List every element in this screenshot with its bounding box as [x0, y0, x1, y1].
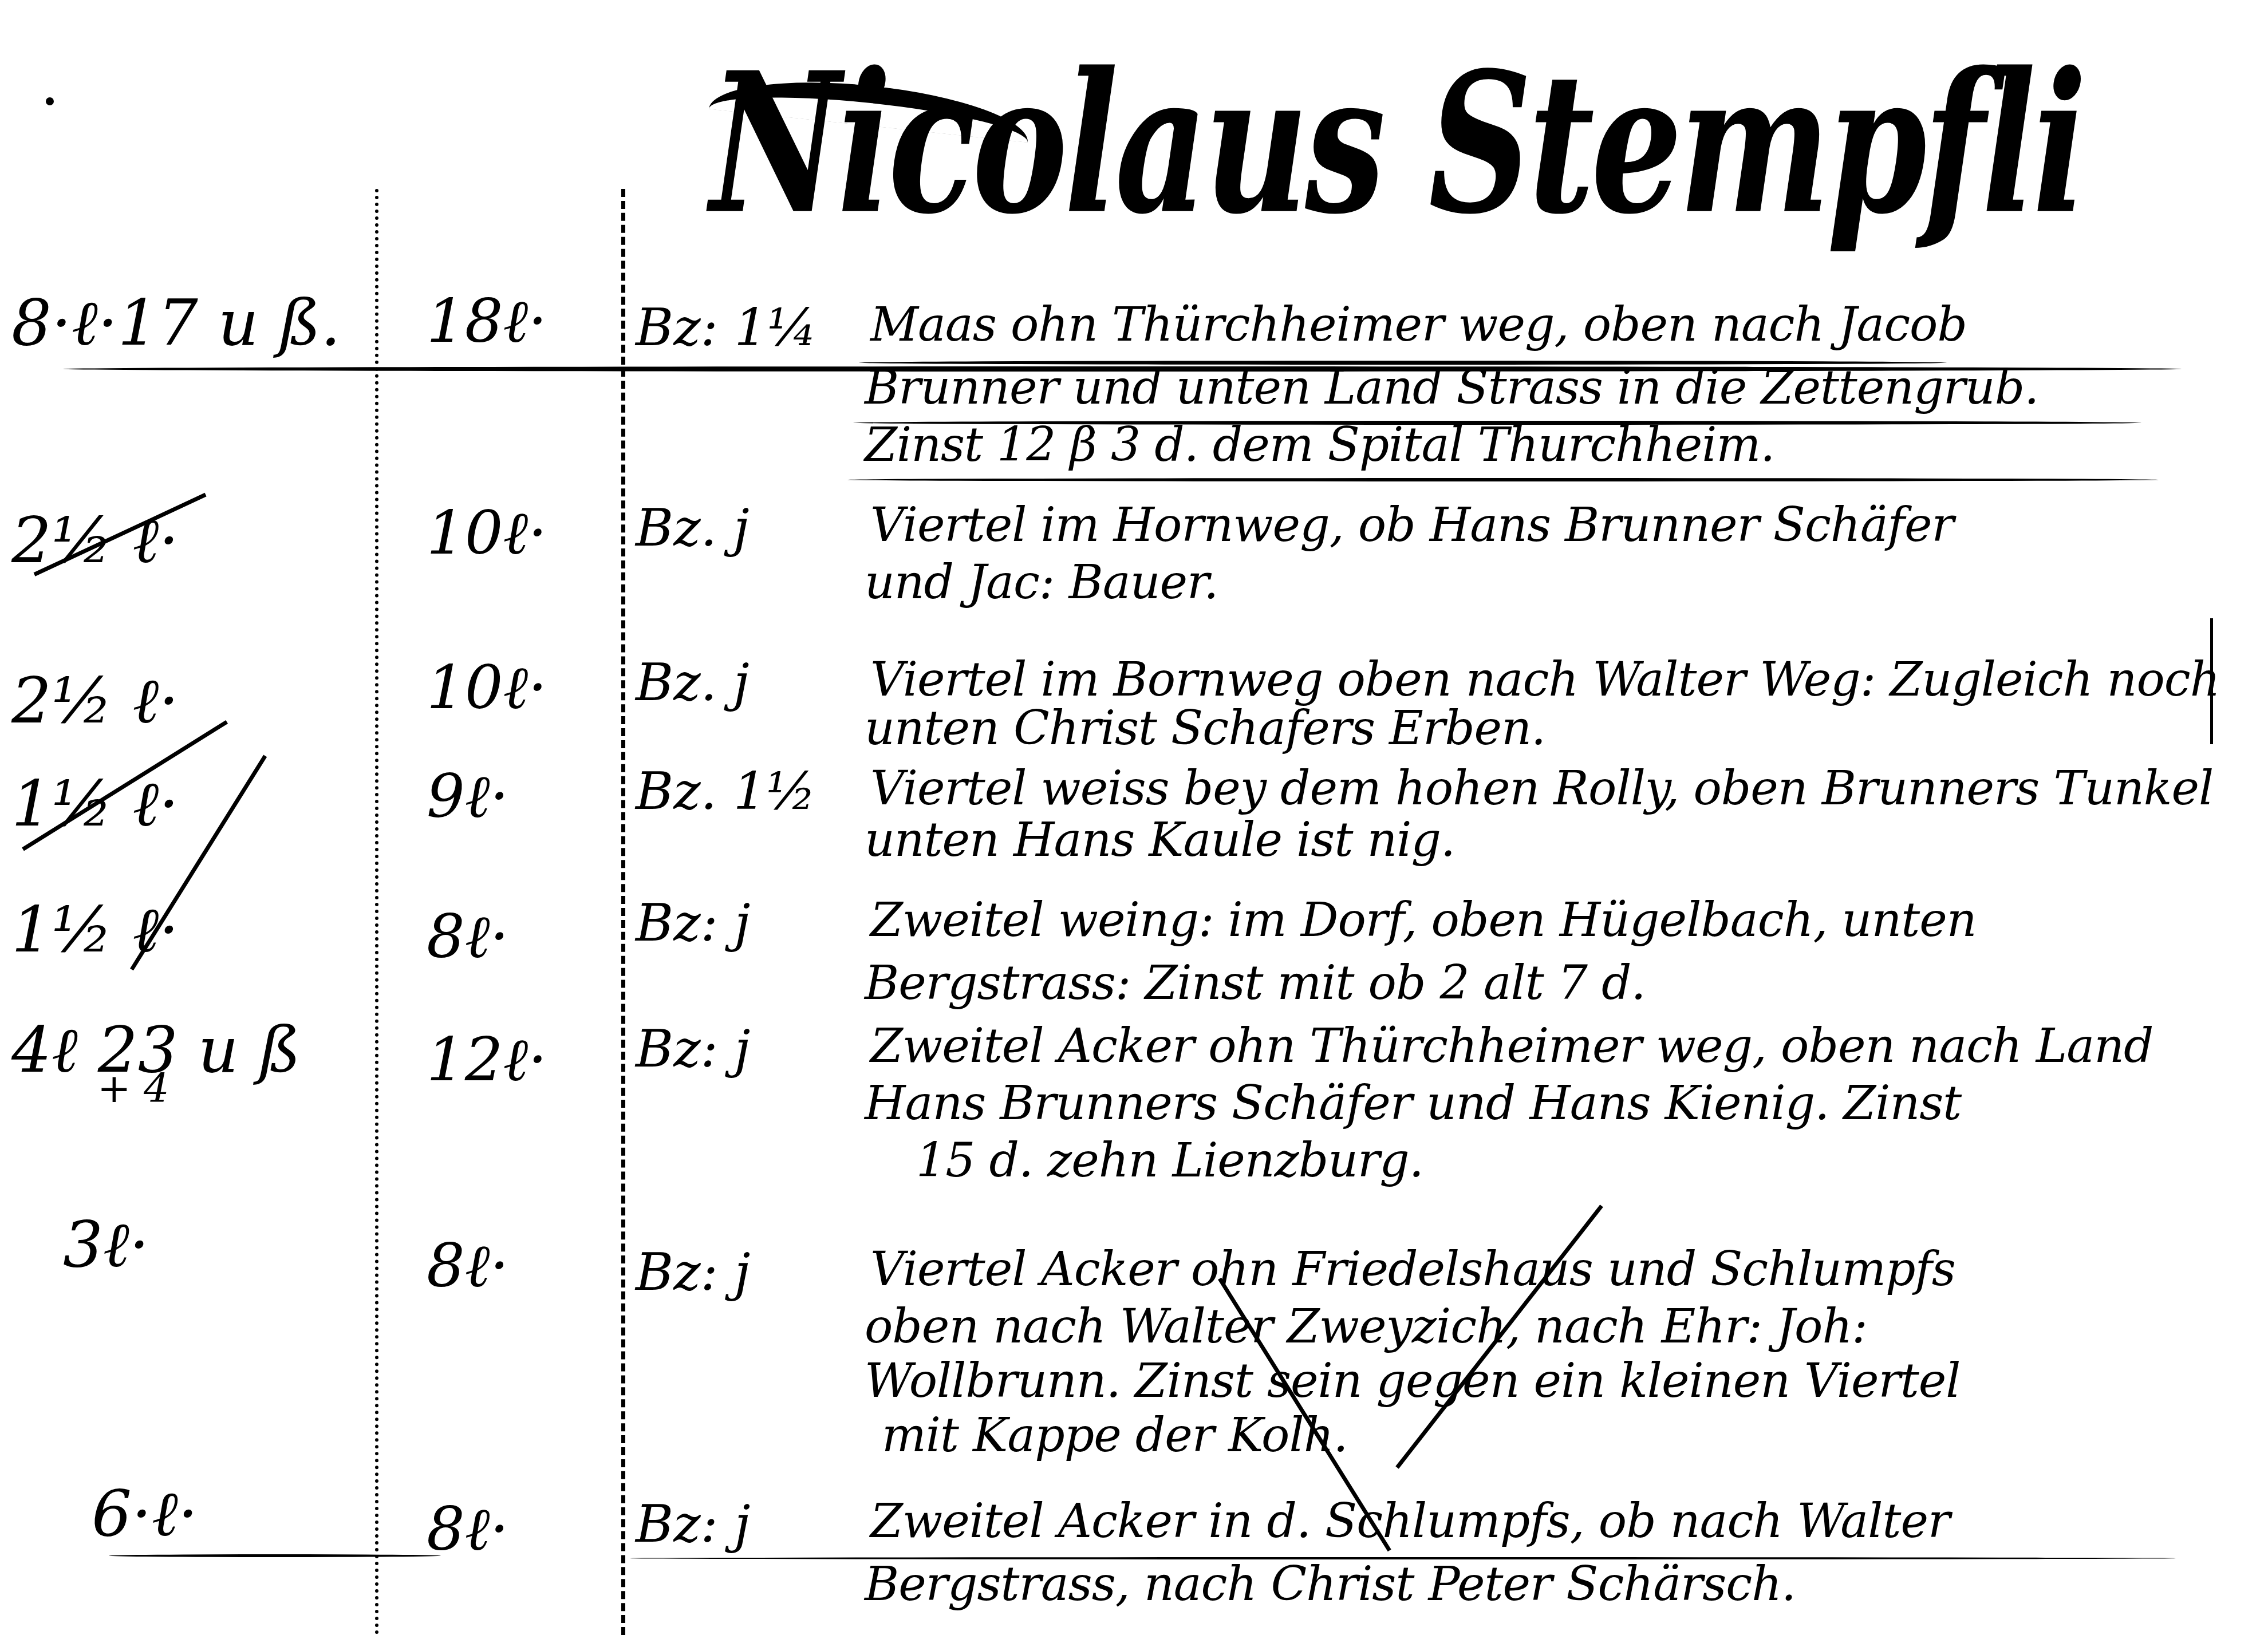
ledger-page: Nicolaus Stempfli 8·ℓ·17 u ß. 18ℓ· Bz: 1… [0, 0, 2268, 1635]
entry-price: 2½ ℓ· [11, 504, 179, 578]
entry-price-sub: + 4 [97, 1065, 169, 1112]
entry-value: 10ℓ· [427, 653, 547, 722]
entry-desc-line: Bergstrass: Zinst mit ob 2 alt 7 d. [865, 956, 1646, 1010]
entry-mark: Bz. 1½ [636, 761, 816, 822]
entry-desc-line: unten Christ Schafers Erben. [865, 701, 1545, 756]
entry-value: 8ℓ· [427, 1494, 509, 1564]
entry-desc-line: Zweitel Acker ohn Thürchheimer weg, oben… [870, 1019, 2153, 1073]
entry-mark: Bz: 1¼ [636, 298, 817, 358]
underline [630, 1557, 2176, 1559]
page-title: Nicolaus Stempfli [710, 0, 1855, 290]
entry-desc-line: Zweitel Acker in d. Schlumpfs, ob nach W… [870, 1494, 1950, 1549]
entry-value: 9ℓ· [427, 761, 509, 831]
entry-mark: Bz: j [636, 1494, 750, 1554]
entry-value: 8ℓ· [427, 1231, 509, 1301]
entry-desc-line: Viertel im Bornweg oben nach Walter Weg:… [870, 653, 2220, 707]
entry-mark: Bz: j [636, 1019, 750, 1079]
entry-desc-line: Zinst 12 β 3 d. dem Spital Thurchheim. [865, 418, 1774, 472]
entry-value: 8ℓ· [427, 902, 509, 971]
entry-mark: Bz. j [636, 653, 750, 713]
entry-price: 2½ ℓ· [11, 664, 179, 738]
entry-price: 8·ℓ·17 u ß. [11, 286, 341, 360]
entry-desc-line: unten Hans Kaule ist nig. [865, 813, 1455, 867]
underline [853, 421, 2141, 425]
entry-price: 6·ℓ· [92, 1477, 198, 1551]
entry-desc-line: Viertel Acker ohn Friedelshaus und Schlu… [870, 1242, 1955, 1297]
entry-mark: Bz: j [636, 893, 750, 953]
ink-speck [46, 97, 54, 105]
entry-mark: Bz: j [636, 1242, 750, 1302]
entry-mark: Bz. j [636, 498, 750, 558]
underline [859, 361, 1947, 365]
entry-price: 3ℓ· [63, 1208, 149, 1282]
entry-desc-line: 15 d. zehn Lienzburg. [916, 1134, 1423, 1188]
entry-desc-line: Hans Brunners Schäfer und Hans Kienig. Z… [865, 1076, 1961, 1131]
entry-desc-line: Maas ohn Thürchheimer weg, oben nach Jac… [870, 298, 1967, 352]
entry-desc-line: Viertel im Hornweg, ob Hans Brunner Schä… [870, 498, 1954, 552]
entry-desc-line: Viertel weiss bey dem hohen Rolly, oben … [870, 761, 2213, 816]
entry-rule [109, 1554, 441, 1557]
entry-desc-line: und Jac: Bauer. [865, 555, 1218, 610]
entry-desc-line: Zweitel weing: im Dorf, oben Hügelbach, … [870, 893, 1977, 947]
entry-desc-line: oben nach Walter Zweyzich, nach Ehr: Joh… [865, 1300, 1867, 1354]
entry-value: 12ℓ· [427, 1025, 547, 1095]
entry-value: 10ℓ· [427, 498, 547, 568]
entry-desc-line: Bergstrass, nach Christ Peter Schärsch. [865, 1557, 1796, 1612]
underline [847, 478, 2159, 481]
column-divider-price [375, 189, 378, 1635]
entry-value: 18ℓ· [427, 286, 547, 356]
entry-desc-line: Brunner und unten Land Strass in die Zet… [865, 361, 2038, 415]
entry-desc-line: Wollbrunn. Zinst sein gegen ein kleinen … [865, 1354, 1960, 1408]
entry-desc-line: mit Kappe der Kolh. [882, 1408, 1348, 1463]
column-divider-value [621, 189, 625, 1635]
